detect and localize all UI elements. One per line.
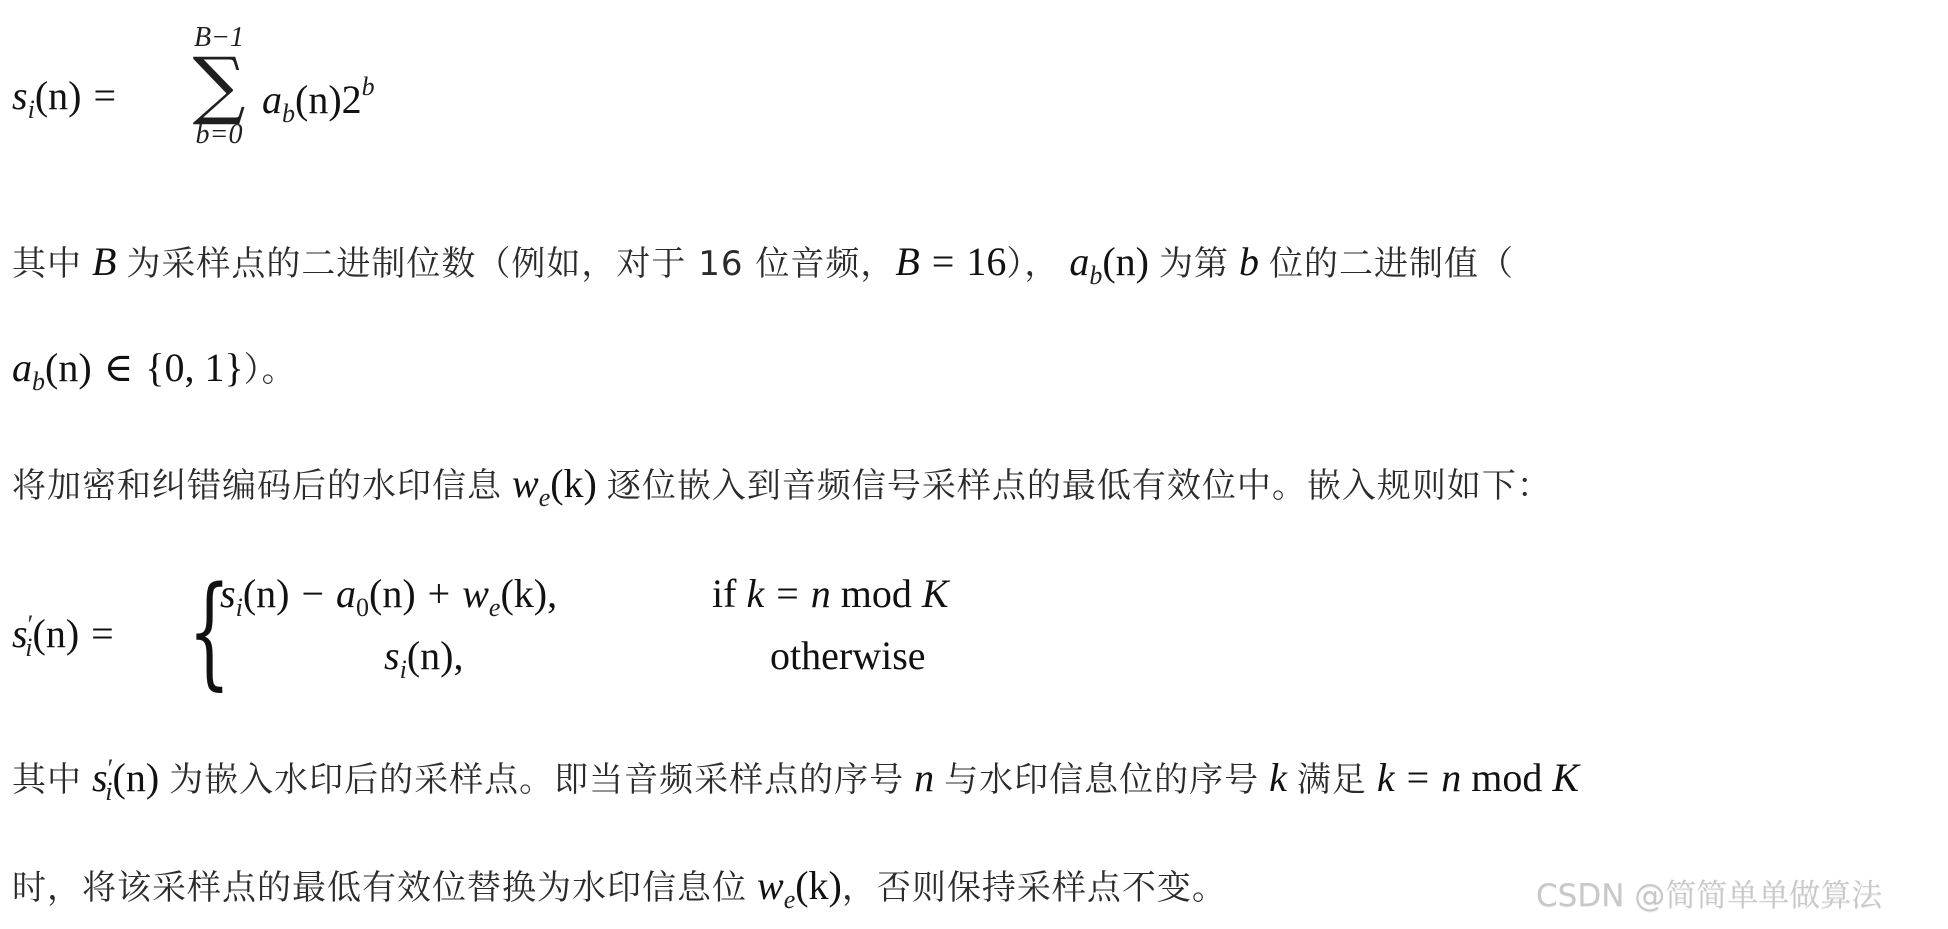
math-a: a bbox=[12, 345, 32, 390]
subscript-e: e bbox=[489, 593, 501, 622]
text: ，否则保持采样点不变。 bbox=[842, 868, 1227, 908]
symbol-s: s bbox=[220, 571, 236, 616]
text: 与水印信息位的序号 bbox=[944, 760, 1259, 800]
subscript-i: i bbox=[25, 633, 32, 662]
paragraph-embedding-conclusion: 时，将该采样点的最低有效位替换为水印信息位we(k)，否则保持采样点不变。 bbox=[12, 860, 1227, 915]
sigma-icon: ∑ bbox=[182, 50, 256, 120]
symbol-a: a bbox=[336, 571, 356, 616]
argument-k: (k) bbox=[550, 461, 597, 506]
mod-operator: mod bbox=[1471, 755, 1542, 800]
symbol-a: a bbox=[262, 77, 282, 122]
text: 为第 bbox=[1159, 244, 1229, 284]
argument-k: (k), bbox=[500, 571, 557, 616]
equation-lhs: s′i(n)= bbox=[12, 610, 126, 663]
subscript-i: i bbox=[28, 95, 35, 124]
math-b: b bbox=[1239, 239, 1259, 284]
math-k: k bbox=[1269, 755, 1287, 800]
argument-n: (n) bbox=[35, 73, 82, 118]
text: 位的二进制值（ bbox=[1269, 244, 1514, 284]
argument-n: (n) bbox=[113, 755, 160, 800]
argument-n: (n) bbox=[45, 345, 92, 390]
math-w: w bbox=[757, 863, 784, 908]
text: 其中 bbox=[12, 244, 82, 284]
paragraph-embedding-intro: 将加密和纠错编码后的水印信息we(k)逐位嵌入到音频信号采样点的最低有效位中。嵌… bbox=[12, 458, 1552, 513]
argument-n: (n) bbox=[33, 611, 80, 656]
paragraph-bit-set: ab(n)∈{0, 1}）。 bbox=[12, 342, 297, 397]
math-B: B bbox=[92, 239, 116, 284]
text: 满足 bbox=[1297, 760, 1367, 800]
argument-n: (n), bbox=[407, 633, 464, 678]
subscript-b: b bbox=[1089, 261, 1102, 290]
subscript-i: i bbox=[105, 777, 112, 806]
subscript-e: e bbox=[539, 483, 551, 512]
math-w: w bbox=[512, 461, 539, 506]
equals-sign: = bbox=[79, 611, 126, 656]
equation-lhs: si(n)= bbox=[12, 72, 128, 125]
case-1-condition: ifk=nmodK bbox=[712, 570, 949, 617]
math-value-16: 16 bbox=[966, 239, 1006, 284]
plus-sign: + bbox=[416, 571, 463, 616]
text: 为嵌入水印后的采样点。即当音频采样点的序号 bbox=[169, 760, 904, 800]
subscript-e: e bbox=[784, 885, 796, 914]
text: ）， bbox=[1006, 244, 1059, 284]
math-k: k bbox=[746, 571, 764, 616]
equals-sign: = bbox=[1395, 755, 1442, 800]
math-a: a bbox=[1069, 239, 1089, 284]
argument-k: (k) bbox=[795, 863, 842, 908]
exponent-b: b bbox=[362, 72, 375, 101]
math-n: n bbox=[1441, 755, 1461, 800]
math-B: B bbox=[895, 239, 919, 284]
text: 为采样点的二进制位数（例如，对于 16 位音频， bbox=[126, 244, 895, 284]
text: 时，将该采样点的最低有效位替换为水印信息位 bbox=[12, 868, 747, 908]
paragraph-bit-definition: 其中B为采样点的二进制位数（例如，对于 16 位音频，B=16），ab(n)为第… bbox=[12, 236, 1514, 291]
symbol-s: s bbox=[384, 633, 400, 678]
case-2-expression: si(n), bbox=[384, 632, 463, 685]
math-K: K bbox=[922, 571, 949, 616]
symbol-w: w bbox=[462, 571, 489, 616]
text: 将加密和纠错编码后的水印信息 bbox=[12, 466, 502, 506]
subscript-b: b bbox=[32, 367, 45, 396]
otherwise-keyword: otherwise bbox=[770, 632, 926, 679]
mod-operator: mod bbox=[841, 571, 912, 616]
equals-sign: = bbox=[764, 571, 811, 616]
subscript-b: b bbox=[282, 99, 295, 128]
symbol-s: s bbox=[12, 73, 28, 118]
math-K: K bbox=[1552, 755, 1579, 800]
summation-operator: B−1 ∑ b=0 bbox=[182, 22, 256, 150]
case-1-expression: si(n)−a0(n)+we(k), bbox=[220, 570, 557, 623]
paragraph-embedding-explanation: 其中s′i(n)为嵌入水印后的采样点。即当音频采样点的序号n与水印信息位的序号k… bbox=[12, 752, 1579, 807]
text: 其中 bbox=[12, 760, 82, 800]
subscript-i: i bbox=[400, 655, 407, 684]
math-n: n bbox=[914, 755, 934, 800]
argument-n: (n) bbox=[295, 77, 342, 122]
argument-n: (n) bbox=[243, 571, 290, 616]
base-two: 2 bbox=[342, 77, 362, 122]
math-k: k bbox=[1377, 755, 1395, 800]
argument-n: (n) bbox=[369, 571, 416, 616]
if-keyword: if bbox=[712, 571, 736, 616]
csdn-watermark: CSDN @简简单单做算法 bbox=[1536, 870, 1882, 915]
equals-sign: = bbox=[920, 239, 967, 284]
subscript-i: i bbox=[236, 593, 243, 622]
element-of-icon: ∈ bbox=[92, 345, 146, 390]
text: ）。 bbox=[244, 350, 297, 390]
subscript-0: 0 bbox=[356, 593, 369, 622]
math-n: n bbox=[811, 571, 831, 616]
argument-n: (n) bbox=[1102, 239, 1149, 284]
minus-sign: − bbox=[289, 571, 336, 616]
text: 逐位嵌入到音频信号采样点的最低有效位中。嵌入规则如下： bbox=[607, 466, 1552, 506]
equals-sign: = bbox=[81, 73, 128, 118]
equation-rhs: ab(n)2b bbox=[262, 72, 375, 129]
math-set: {0, 1} bbox=[145, 345, 243, 390]
